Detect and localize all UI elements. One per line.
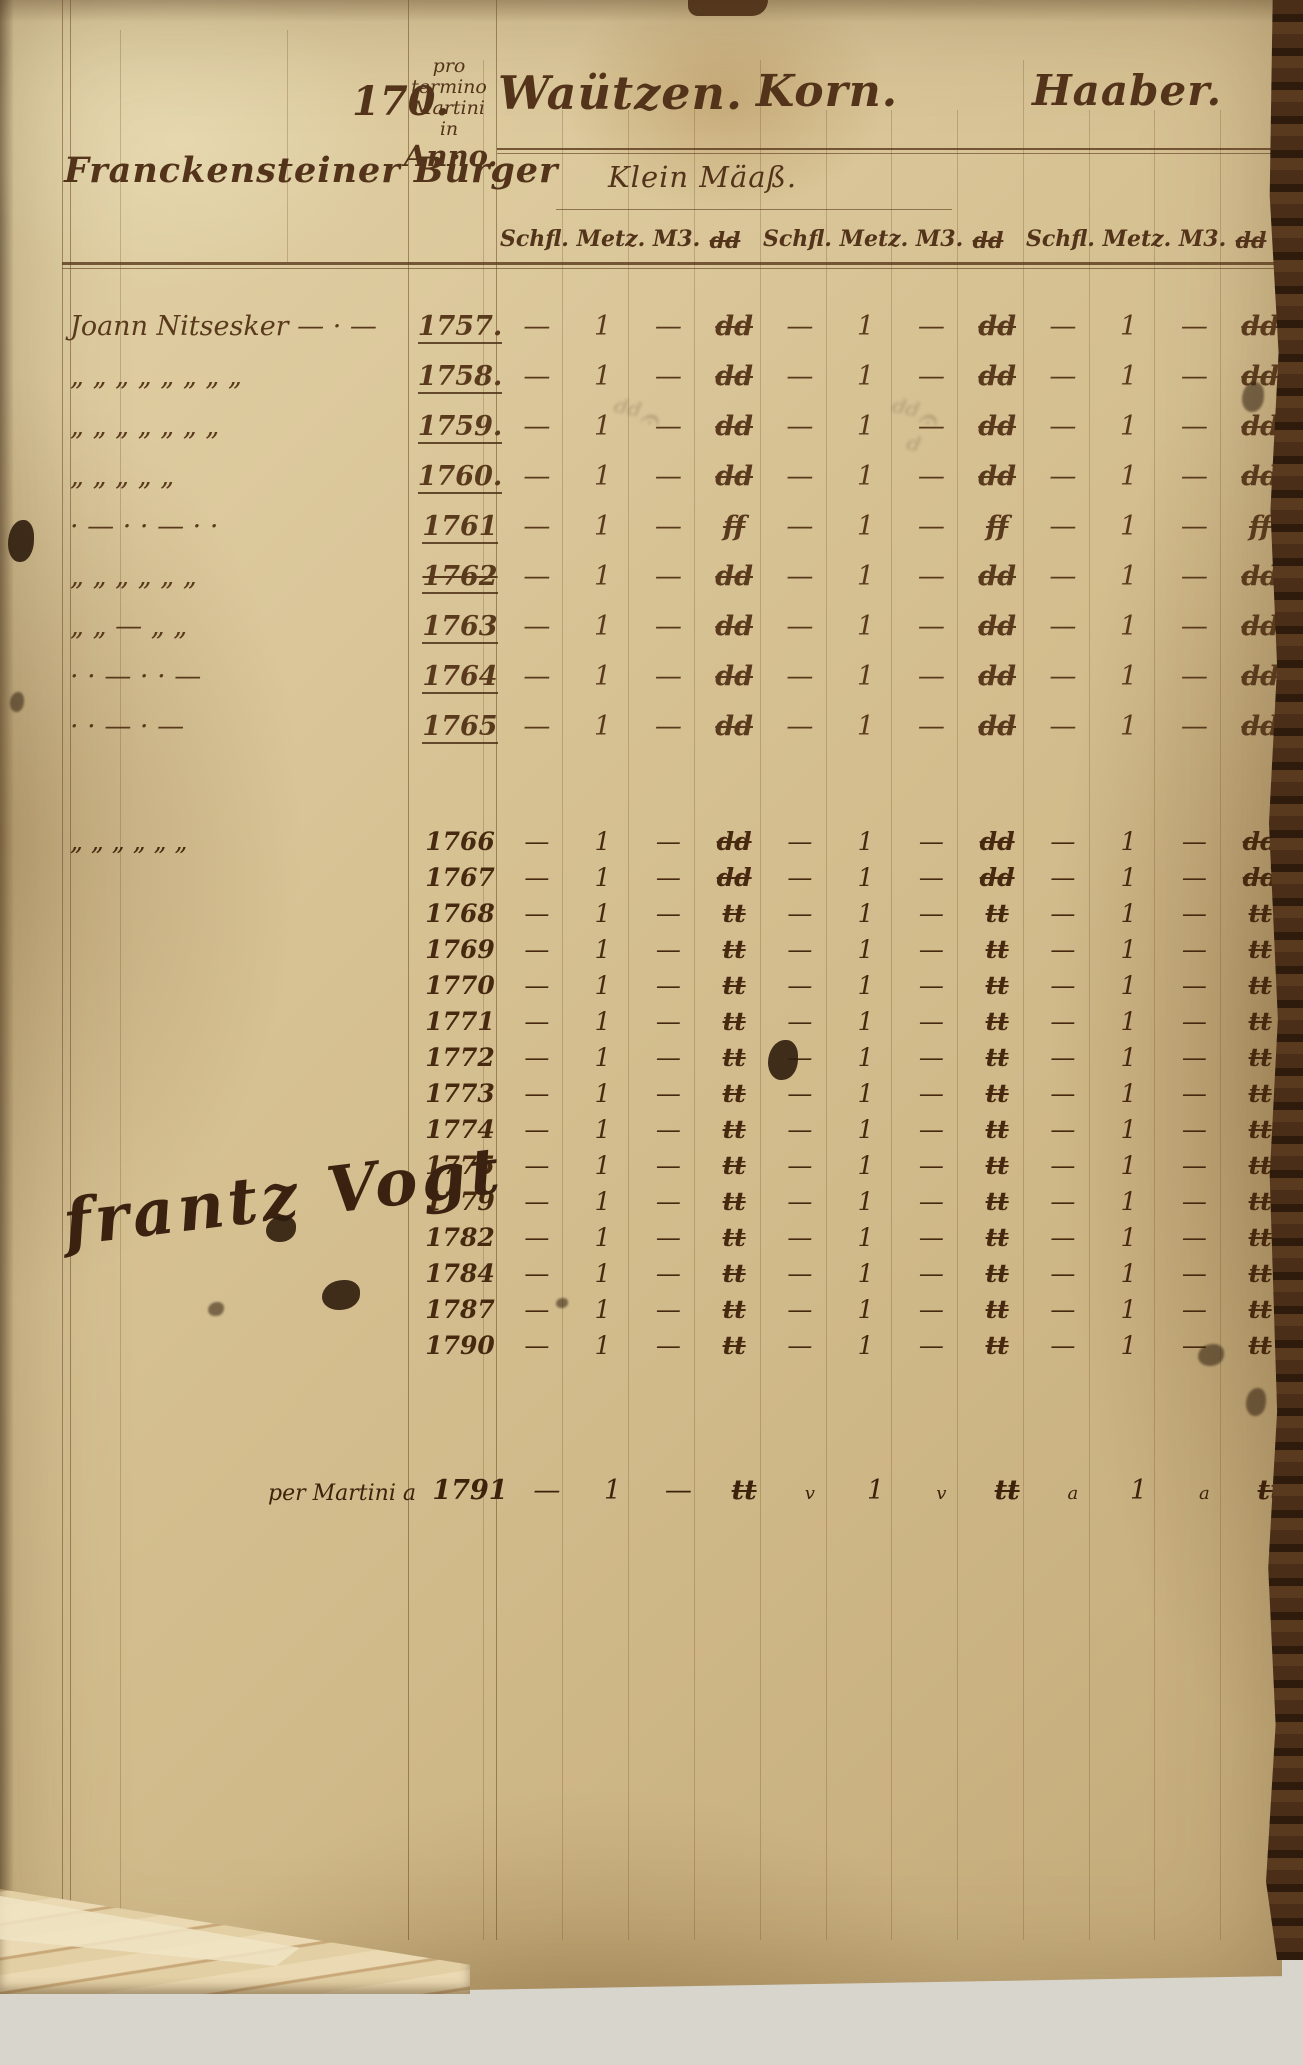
entry-cell: — (1162, 661, 1228, 692)
entry-cell: — (767, 1115, 833, 1144)
entry-cell: 1 (570, 661, 636, 692)
term-note-line: Martini (404, 98, 494, 119)
entry-cell: dd (964, 311, 1030, 342)
entry-cell: tt (701, 899, 767, 928)
entry-year-cell: 1759. (416, 411, 504, 442)
column-rule (287, 30, 288, 262)
entry-cell: dd (701, 411, 767, 442)
entry-cell: 1 (833, 1259, 899, 1288)
entry-cell: v (777, 1475, 843, 1506)
entry-year: 1768 (425, 899, 495, 928)
entry-cell: 1 (1096, 1151, 1162, 1180)
entry-year: 1773 (425, 1079, 495, 1108)
entry-cell: tt (964, 1043, 1030, 1072)
entry-cell: 1 (1096, 1115, 1162, 1144)
entry-cell: 1 (570, 935, 636, 964)
entry-cell: 1 (833, 1043, 899, 1072)
entry-cell: — (899, 511, 965, 542)
entry-cell: — (899, 971, 965, 1000)
entry-cell: — (504, 411, 570, 442)
entry-cell: tt (701, 1007, 767, 1036)
entry-cell: 1 (570, 899, 636, 928)
entry-cell: — (636, 511, 702, 542)
entry-cell: 1 (1096, 935, 1162, 964)
entry-year-cell: 1790 (416, 1331, 504, 1360)
entry-cell: — (1162, 1187, 1228, 1216)
entry-cell: — (504, 935, 570, 964)
entry-year-cell: 1769 (416, 935, 504, 964)
entry-cell: — (767, 1079, 833, 1108)
entry-cell: dd (964, 661, 1030, 692)
entry-year: 1790 (425, 1331, 495, 1360)
entry-year: 1787 (425, 1295, 495, 1324)
entry-cell: dd (701, 561, 767, 592)
ledger-row: Joann Nitsesker — · —1757.—1—dd—1—dd—1—d… (62, 292, 1285, 342)
entry-cell: — (1162, 1043, 1228, 1072)
entry-cell: tt (701, 1115, 767, 1144)
entry-name-cell: „ „ „ „ „ (62, 461, 416, 492)
entry-cell: 1 (833, 1187, 899, 1216)
entry-cell: dd (964, 361, 1030, 392)
entry-cell: — (1162, 971, 1228, 1000)
entry-cell: dd (964, 711, 1030, 742)
entry-year: 1758. (418, 361, 503, 394)
entry-cell: 1 (833, 461, 899, 492)
entry-cell: — (1030, 1115, 1096, 1144)
entry-cell: — (1030, 863, 1096, 892)
top-edge-notch (688, 0, 768, 16)
entry-year: 1757. (418, 311, 503, 344)
entry-cell: — (636, 1223, 702, 1252)
entry-cell: — (1162, 711, 1228, 742)
entry-cell: — (504, 461, 570, 492)
entry-year: 1765 (422, 711, 497, 744)
entry-cell: — (636, 1259, 702, 1288)
entry-cell: — (899, 311, 965, 342)
ledger-row: 1769—1—tt—1—tt—1—tt (62, 928, 1285, 964)
entry-cell: — (899, 1331, 965, 1360)
entry-cell: — (767, 411, 833, 442)
entry-name-cell: „ „ „ „ „ „ (62, 827, 416, 856)
entry-cell: tt (701, 1043, 767, 1072)
entry-cell: — (1030, 1223, 1096, 1252)
entry-cell: tt (964, 1331, 1030, 1360)
entry-year-cell: 1764 (416, 661, 504, 692)
entry-cell: — (767, 361, 833, 392)
entry-cell: tt (964, 971, 1030, 1000)
entry-cell: tt (701, 935, 767, 964)
entry-cell: ff (964, 511, 1030, 542)
entry-cell: — (1030, 611, 1096, 642)
entry-cell: — (767, 1151, 833, 1180)
entry-cell: — (636, 711, 702, 742)
ledger-row: 1784—1—tt—1—tt—1—tt (62, 1252, 1285, 1288)
entry-cell: — (899, 1151, 965, 1180)
entry-cell: 1 (833, 1007, 899, 1036)
entry-cell: 1 (833, 611, 899, 642)
ledger-row: · · — · —1765—1—dd—1—dd—1—dd (62, 692, 1285, 742)
entry-cell: — (767, 1259, 833, 1288)
entry-cell: 1 (833, 899, 899, 928)
entry-cell: — (504, 1043, 570, 1072)
entry-cell: — (1030, 971, 1096, 1000)
entry-year-cell: 1791 (426, 1475, 514, 1506)
entry-cell: 1 (570, 827, 636, 856)
entry-name-cell: per Martini a (62, 1481, 426, 1506)
entry-name-cell: · · — · — (62, 711, 416, 742)
grain-title-korn: Korn. (756, 66, 898, 117)
entry-name-cell: „ „ „ „ „ „ „ (62, 411, 416, 442)
entry-cell: — (1030, 1007, 1096, 1036)
entry-cell: — (767, 661, 833, 692)
entry-cell: — (646, 1475, 712, 1506)
entry-cell: tt (701, 1187, 767, 1216)
entry-cell: — (767, 511, 833, 542)
entry-cell: — (767, 461, 833, 492)
entry-cell: — (1162, 511, 1228, 542)
entry-cell: — (636, 1331, 702, 1360)
entry-cell: tt (964, 1115, 1030, 1144)
entry-cell: tt (701, 1295, 767, 1324)
entry-cell: 1 (833, 827, 899, 856)
entry-cell: — (899, 1187, 965, 1216)
ink-blot (8, 520, 34, 562)
header-rule (497, 148, 1285, 150)
header-rule (497, 153, 1285, 154)
entry-cell: 1 (1096, 661, 1162, 692)
entry-cell: 1 (1096, 361, 1162, 392)
entry-year-cell: 1772 (416, 1043, 504, 1072)
entry-cell: 1 (833, 361, 899, 392)
entry-cell: dd (701, 711, 767, 742)
entry-cell: — (504, 1259, 570, 1288)
entry-cell: tt (701, 971, 767, 1000)
entry-cell: — (1162, 1151, 1228, 1180)
entry-name-cell: „ „ — „ „ (62, 611, 416, 642)
entry-cell: — (1162, 1115, 1228, 1144)
entry-cell: 1 (1096, 1259, 1162, 1288)
entry-cell: — (1162, 611, 1228, 642)
entry-cell: dd (701, 827, 767, 856)
entry-cell: 1 (1096, 1007, 1162, 1036)
ledger-row: „ „ — „ „1763—1—dd—1—dd—1—dd (62, 592, 1285, 642)
ledger-row: · — · · — · ·1761—1—ff—1—ff—1—ff (62, 492, 1285, 542)
entry-cell: tt (711, 1475, 777, 1506)
ink-blot (10, 692, 24, 712)
entry-cell: — (1162, 1079, 1228, 1108)
entry-cell: — (1030, 311, 1096, 342)
entry-cell: — (636, 661, 702, 692)
ledger-row: 1773—1—tt—1—tt—1—tt (62, 1072, 1285, 1108)
photo-backdrop: 170. pro termino Martini in Anno. Waütze… (0, 0, 1303, 2065)
entry-cell: — (636, 971, 702, 1000)
entry-cell: 1 (833, 1223, 899, 1252)
entry-cell: — (504, 1079, 570, 1108)
ledger-row: „ „ „ „ „ „ „1759.—1—dd—1—dd—1—dd (62, 392, 1285, 442)
entry-year: 1770 (425, 971, 495, 1000)
entry-cell: 1 (1096, 863, 1162, 892)
entry-cell: — (1162, 827, 1228, 856)
entry-cell: — (636, 1043, 702, 1072)
ledger-row: 1768—1—tt—1—tt—1—tt (62, 892, 1285, 928)
entry-cell: 1 (1106, 1475, 1172, 1506)
column-header-rule (62, 268, 1285, 269)
entry-cell: dd (701, 661, 767, 692)
entry-cell: dd (964, 461, 1030, 492)
entry-cell: — (1030, 361, 1096, 392)
entry-cell: — (1162, 1223, 1228, 1252)
entry-year: 1764 (422, 661, 497, 694)
entry-cell: 1 (1096, 1223, 1162, 1252)
entry-cell: 1 (1096, 1331, 1162, 1360)
entry-cell: dd (701, 311, 767, 342)
entry-year: 1791 (432, 1475, 507, 1506)
entry-cell: 1 (570, 611, 636, 642)
entry-cell: dd (701, 611, 767, 642)
entry-cell: — (767, 971, 833, 1000)
entry-cell: 1 (570, 1223, 636, 1252)
entry-cell: a (1040, 1475, 1106, 1506)
grain-title-haaber: Haaber. (1032, 66, 1222, 115)
entry-cell: 1 (570, 1007, 636, 1036)
entry-cell: — (1162, 863, 1228, 892)
entry-year-cell: 1770 (416, 971, 504, 1000)
entry-cell: — (1030, 827, 1096, 856)
entry-year: 1784 (425, 1259, 495, 1288)
ledger-row: 1787—1—tt—1—tt—1—tt (62, 1288, 1285, 1324)
entry-cell: — (767, 711, 833, 742)
entry-cell: — (636, 1115, 702, 1144)
entry-year: 1759. (418, 411, 503, 444)
entry-year-cell: 1767 (416, 863, 504, 892)
entry-cell: tt (964, 1223, 1030, 1252)
entry-cell: — (1030, 561, 1096, 592)
entry-cell: tt (964, 899, 1030, 928)
entry-cell: tt (964, 1295, 1030, 1324)
entry-cell: 1 (570, 461, 636, 492)
entry-cell: — (767, 611, 833, 642)
entry-cell: — (1162, 311, 1228, 342)
entry-cell: — (636, 1151, 702, 1180)
entry-cell: a (1172, 1475, 1238, 1506)
entry-cell: — (504, 827, 570, 856)
ledger-row: „ „ „ „ „ „1762—1—dd—1—dd—1—dd (62, 542, 1285, 592)
entry-year: 1771 (425, 1007, 495, 1036)
entry-cell: — (636, 461, 702, 492)
entry-cell: dd (964, 863, 1030, 892)
entry-cell: — (1030, 899, 1096, 928)
entry-cell: tt (964, 1151, 1030, 1180)
entry-cell: — (767, 1007, 833, 1036)
entry-cell: — (504, 311, 570, 342)
entry-cell: — (899, 1007, 965, 1036)
ledger-rows: Joann Nitsesker — · —1757.—1—dd—1—dd—1—d… (62, 292, 1285, 1506)
entry-cell: 1 (833, 1079, 899, 1108)
entry-cell: — (636, 361, 702, 392)
entry-cell: 1 (570, 971, 636, 1000)
entry-cell: 1 (570, 1331, 636, 1360)
ledger-row: „ „ „ „ „1760.—1—dd—1—dd—1—dd (62, 442, 1285, 492)
entry-cell: — (899, 827, 965, 856)
entry-cell: — (1030, 1079, 1096, 1108)
entry-cell: dd (701, 461, 767, 492)
entry-cell: — (514, 1475, 580, 1506)
entry-cell: — (504, 971, 570, 1000)
entry-year-cell: 1787 (416, 1295, 504, 1324)
entry-cell: — (1030, 935, 1096, 964)
entry-cell: — (504, 361, 570, 392)
entry-cell: 1 (1096, 561, 1162, 592)
entry-cell: 1 (833, 1115, 899, 1144)
entry-year-cell: 1784 (416, 1259, 504, 1288)
entry-cell: 1 (1096, 311, 1162, 342)
entry-cell: — (504, 863, 570, 892)
term-note-line: pro (404, 56, 494, 77)
entry-cell: 1 (833, 311, 899, 342)
entry-cell: tt (964, 1079, 1030, 1108)
entry-cell: 1 (833, 971, 899, 1000)
entry-year-cell: 1763 (416, 611, 504, 642)
entry-cell: 1 (833, 511, 899, 542)
entry-name-cell: · · — · · — (62, 661, 416, 692)
entry-year-cell: 1766 (416, 827, 504, 856)
entry-year: 1760. (418, 461, 503, 494)
ledger-row: 1772—1—tt—1—tt—1—tt (62, 1036, 1285, 1072)
entry-cell: 1 (570, 1151, 636, 1180)
entry-year: 1767 (425, 863, 495, 892)
ledger-row: 1770—1—tt—1—tt—1—tt (62, 964, 1285, 1000)
entry-cell: — (1030, 1187, 1096, 1216)
entry-cell: — (1030, 1043, 1096, 1072)
entry-cell: 1 (570, 511, 636, 542)
entry-cell: — (899, 1259, 965, 1288)
entry-cell: dd (701, 863, 767, 892)
entry-cell: — (636, 827, 702, 856)
entry-cell: — (1030, 1295, 1096, 1324)
ledger-row: „ „ „ „ „ „1766—1—dd—1—dd—1—dd (62, 820, 1285, 856)
entry-cell: 1 (1096, 1079, 1162, 1108)
entry-cell: — (636, 311, 702, 342)
entry-cell: dd (964, 561, 1030, 592)
entry-cell: — (767, 1331, 833, 1360)
entry-cell: tt (701, 1223, 767, 1252)
ledger-page: 170. pro termino Martini in Anno. Waütze… (0, 0, 1282, 1992)
entry-year-cell: 1757. (416, 311, 504, 342)
entry-cell: — (1162, 1259, 1228, 1288)
entry-cell: 1 (1096, 611, 1162, 642)
entry-year: 1782 (425, 1223, 495, 1252)
entry-cell: — (636, 1007, 702, 1036)
entry-cell: — (1162, 1295, 1228, 1324)
entry-cell: tt (701, 1259, 767, 1288)
entry-cell: — (504, 1223, 570, 1252)
entry-cell: 1 (570, 1187, 636, 1216)
entry-cell: 1 (1096, 899, 1162, 928)
entry-cell: 1 (570, 1259, 636, 1288)
entry-cell: tt (964, 1259, 1030, 1288)
entry-cell: tt (964, 1007, 1030, 1036)
entry-cell: — (899, 863, 965, 892)
entry-cell: — (1162, 1007, 1228, 1036)
entry-cell: dd (701, 361, 767, 392)
entry-cell: — (767, 311, 833, 342)
entry-cell: 1 (1096, 711, 1162, 742)
entry-cell: — (1162, 361, 1228, 392)
entry-cell: 1 (570, 561, 636, 592)
entry-cell: 1 (570, 863, 636, 892)
entry-cell: 1 (833, 661, 899, 692)
entry-year-cell: 1773 (416, 1079, 504, 1108)
entry-cell: dd (964, 611, 1030, 642)
entry-cell: — (504, 611, 570, 642)
entry-cell: — (504, 661, 570, 692)
entry-cell: — (899, 935, 965, 964)
entry-year: 1761 (422, 511, 497, 544)
entry-cell: ff (701, 511, 767, 542)
entry-cell: — (767, 1223, 833, 1252)
entry-name-cell: „ „ „ „ „ „ (62, 561, 416, 592)
entry-year: 1762 (422, 561, 497, 594)
entry-cell: — (767, 827, 833, 856)
entry-cell: tt (701, 1331, 767, 1360)
entry-cell: tt (964, 935, 1030, 964)
ledger-row: 1790—1—tt—1—tt—1—tt (62, 1324, 1285, 1360)
entry-cell: — (1162, 935, 1228, 964)
entry-cell: — (767, 1295, 833, 1324)
entry-name-cell: Joann Nitsesker — · — (62, 311, 416, 342)
entry-cell: — (767, 561, 833, 592)
entry-cell: 1 (1096, 1043, 1162, 1072)
entry-cell: — (767, 863, 833, 892)
entry-cell: — (899, 1295, 965, 1324)
term-note-line: termino (404, 77, 494, 98)
entry-cell: dd (964, 411, 1030, 442)
ledger-row: per Martini a1791—1—ttv1vtta1att (62, 1456, 1285, 1506)
entry-cell: 1 (570, 1043, 636, 1072)
entry-year-cell: 1762 (416, 561, 504, 592)
entry-cell: 1 (833, 1331, 899, 1360)
ditto-header: dd (956, 228, 1020, 254)
entry-cell: — (636, 1187, 702, 1216)
entry-name-cell: „ „ „ „ „ „ „ „ (62, 361, 416, 392)
entry-cell: 1 (570, 711, 636, 742)
entry-cell: — (504, 511, 570, 542)
entry-cell: 1 (1096, 827, 1162, 856)
entry-cell: — (899, 1223, 965, 1252)
entry-cell: 1 (570, 1295, 636, 1324)
entry-cell: — (1162, 899, 1228, 928)
ledger-row: 1767—1—dd—1—dd—1—dd (62, 856, 1285, 892)
entry-year: 1763 (422, 611, 497, 644)
entry-cell: — (504, 561, 570, 592)
entry-cell: 1 (1096, 1295, 1162, 1324)
entry-cell: — (1162, 561, 1228, 592)
entry-cell: 1 (570, 311, 636, 342)
ledger-row: · · — · · —1764—1—dd—1—dd—1—dd (62, 642, 1285, 692)
entry-cell: — (767, 935, 833, 964)
entry-cell: — (767, 899, 833, 928)
entry-cell: — (504, 1331, 570, 1360)
entry-cell: tt (964, 1187, 1030, 1216)
entry-year-cell: 1760. (416, 461, 504, 492)
entry-year-cell: 1771 (416, 1007, 504, 1036)
entry-cell: 1 (1096, 461, 1162, 492)
left-heading: Franckensteiner Bürger (64, 150, 412, 191)
entry-cell: — (899, 1115, 965, 1144)
entry-cell: 1 (570, 1079, 636, 1108)
entry-cell: — (899, 1043, 965, 1072)
entry-year: 1772 (425, 1043, 495, 1072)
